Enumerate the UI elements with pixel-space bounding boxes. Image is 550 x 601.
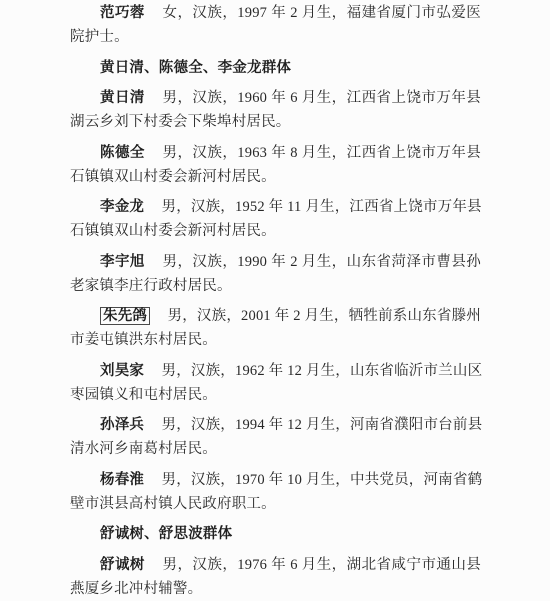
- person-name: 范巧蓉: [100, 5, 145, 21]
- entry-continuation-line: 清水河乡南葛村居民。: [70, 437, 481, 461]
- person-entry: 范巧蓉女，汉族，1997 年 2 月生，福建省厦门市弘爱医 院护士。: [70, 1, 481, 49]
- person-details: 男，汉族，1990 年 2 月生，山东省菏泽市曹县孙: [162, 254, 481, 270]
- person-details: 男，汉族，2001 年 2 月生，牺牲前系山东省滕州: [168, 308, 481, 324]
- heading-text: 舒诚树、舒思波群体: [100, 526, 232, 542]
- entry-first-line: 陈德全男，汉族，1963 年 8 月生，江西省上饶市万年县: [70, 141, 481, 165]
- entry-first-line: 李金龙男，汉族，1952 年 11 月生，江西省上饶市万年县: [70, 195, 481, 219]
- person-details: 男，汉族，1960 年 6 月生，江西省上饶市万年县: [162, 90, 481, 106]
- entry-first-line: 杨春淮男，汉族，1970 年 10 月生，中共党员，河南省鹤: [70, 468, 481, 492]
- person-name: 杨春淮: [100, 472, 144, 488]
- entry-continuation-line: 石镇镇双山村委会新河村居民。: [70, 219, 481, 243]
- person-details: 男，汉族，1963 年 8 月生，江西省上饶市万年县: [162, 145, 481, 161]
- entry-continuation-line: 枣园镇义和屯村居民。: [70, 383, 481, 407]
- heading-line: 舒诚树、舒思波群体: [70, 522, 481, 546]
- person-entry: 朱先鸽男，汉族，2001 年 2 月生，牺牲前系山东省滕州 市姜屯镇洪东村居民。: [70, 304, 481, 352]
- person-name: 陈德全: [100, 145, 145, 161]
- person-details: 男，汉族，1952 年 11 月生，江西省上饶市万年县: [162, 199, 482, 215]
- entry-continuation-line: 湖云乡刘下村委会下柴埠村居民。: [70, 110, 481, 134]
- person-entry: 孙泽兵男，汉族，1994 年 12 月生，河南省濮阳市台前县 清水河乡南葛村居民…: [70, 413, 481, 461]
- entry-first-line: 李宇旭男，汉族，1990 年 2 月生，山东省菏泽市曹县孙: [70, 250, 481, 274]
- entry-continuation-line: 老家镇李庄行政村居民。: [70, 274, 481, 298]
- person-details: 男，汉族，1970 年 10 月生，中共党员，河南省鹤: [162, 472, 483, 488]
- person-name: 李宇旭: [100, 254, 145, 270]
- person-entry: 黄日清男，汉族，1960 年 6 月生，江西省上饶市万年县 湖云乡刘下村委会下柴…: [70, 86, 481, 134]
- person-details: 男，汉族，1962 年 12 月生，山东省临沂市兰山区: [162, 363, 483, 379]
- person-entry: 陈德全男，汉族，1963 年 8 月生，江西省上饶市万年县 石镇镇双山村委会新河…: [70, 141, 481, 189]
- person-details: 男，汉族，1976 年 6 月生，湖北省咸宁市通山县: [162, 557, 481, 573]
- person-entry: 杨春淮男，汉族，1970 年 10 月生，中共党员，河南省鹤 壁市淇县高村镇人民…: [70, 468, 481, 516]
- entry-first-line: 刘昊家男，汉族，1962 年 12 月生，山东省临沂市兰山区: [70, 359, 481, 383]
- group-heading: 黄日清、陈德全、李金龙群体: [70, 56, 481, 80]
- group-heading: 舒诚树、舒思波群体: [70, 522, 481, 546]
- person-name: 刘昊家: [100, 363, 144, 379]
- person-name: 孙泽兵: [100, 417, 144, 433]
- entry-continuation-line: 石镇镇双山村委会新河村居民。: [70, 165, 481, 189]
- entry-continuation-line: 院护士。: [70, 25, 481, 49]
- entry-first-line: 舒诚树男，汉族，1976 年 6 月生，湖北省咸宁市通山县: [70, 553, 481, 577]
- person-name: 舒诚树: [100, 557, 145, 573]
- entry-continuation-line: 燕厦乡北冲村辅警。: [70, 577, 481, 601]
- entry-first-line: 朱先鸽男，汉族，2001 年 2 月生，牺牲前系山东省滕州: [70, 304, 481, 328]
- document-page: 范巧蓉女，汉族，1997 年 2 月生，福建省厦门市弘爱医 院护士。 黄日清、陈…: [0, 0, 550, 601]
- entry-continuation-line: 市姜屯镇洪东村居民。: [70, 328, 481, 352]
- person-entry: 刘昊家男，汉族，1962 年 12 月生，山东省临沂市兰山区 枣园镇义和屯村居民…: [70, 359, 481, 407]
- person-name: 李金龙: [100, 199, 144, 215]
- document-body: 范巧蓉女，汉族，1997 年 2 月生，福建省厦门市弘爱医 院护士。 黄日清、陈…: [0, 1, 550, 601]
- person-entry: 舒诚树男，汉族，1976 年 6 月生，湖北省咸宁市通山县 燕厦乡北冲村辅警。: [70, 553, 481, 601]
- person-name: 黄日清: [100, 90, 145, 106]
- entry-continuation-line: 壁市淇县高村镇人民政府职工。: [70, 492, 481, 516]
- entry-first-line: 黄日清男，汉族，1960 年 6 月生，江西省上饶市万年县: [70, 86, 481, 110]
- entry-first-line: 范巧蓉女，汉族，1997 年 2 月生，福建省厦门市弘爱医: [70, 1, 481, 25]
- entry-first-line: 孙泽兵男，汉族，1994 年 12 月生，河南省濮阳市台前县: [70, 413, 481, 437]
- heading-line: 黄日清、陈德全、李金龙群体: [70, 56, 481, 80]
- person-entry: 李宇旭男，汉族，1990 年 2 月生，山东省菏泽市曹县孙 老家镇李庄行政村居民…: [70, 250, 481, 298]
- heading-text: 黄日清、陈德全、李金龙群体: [100, 60, 291, 76]
- person-name: 朱先鸽: [100, 307, 150, 325]
- person-details: 男，汉族，1994 年 12 月生，河南省濮阳市台前县: [162, 417, 483, 433]
- person-details: 女，汉族，1997 年 2 月生，福建省厦门市弘爱医: [162, 5, 481, 21]
- person-entry: 李金龙男，汉族，1952 年 11 月生，江西省上饶市万年县 石镇镇双山村委会新…: [70, 195, 481, 243]
